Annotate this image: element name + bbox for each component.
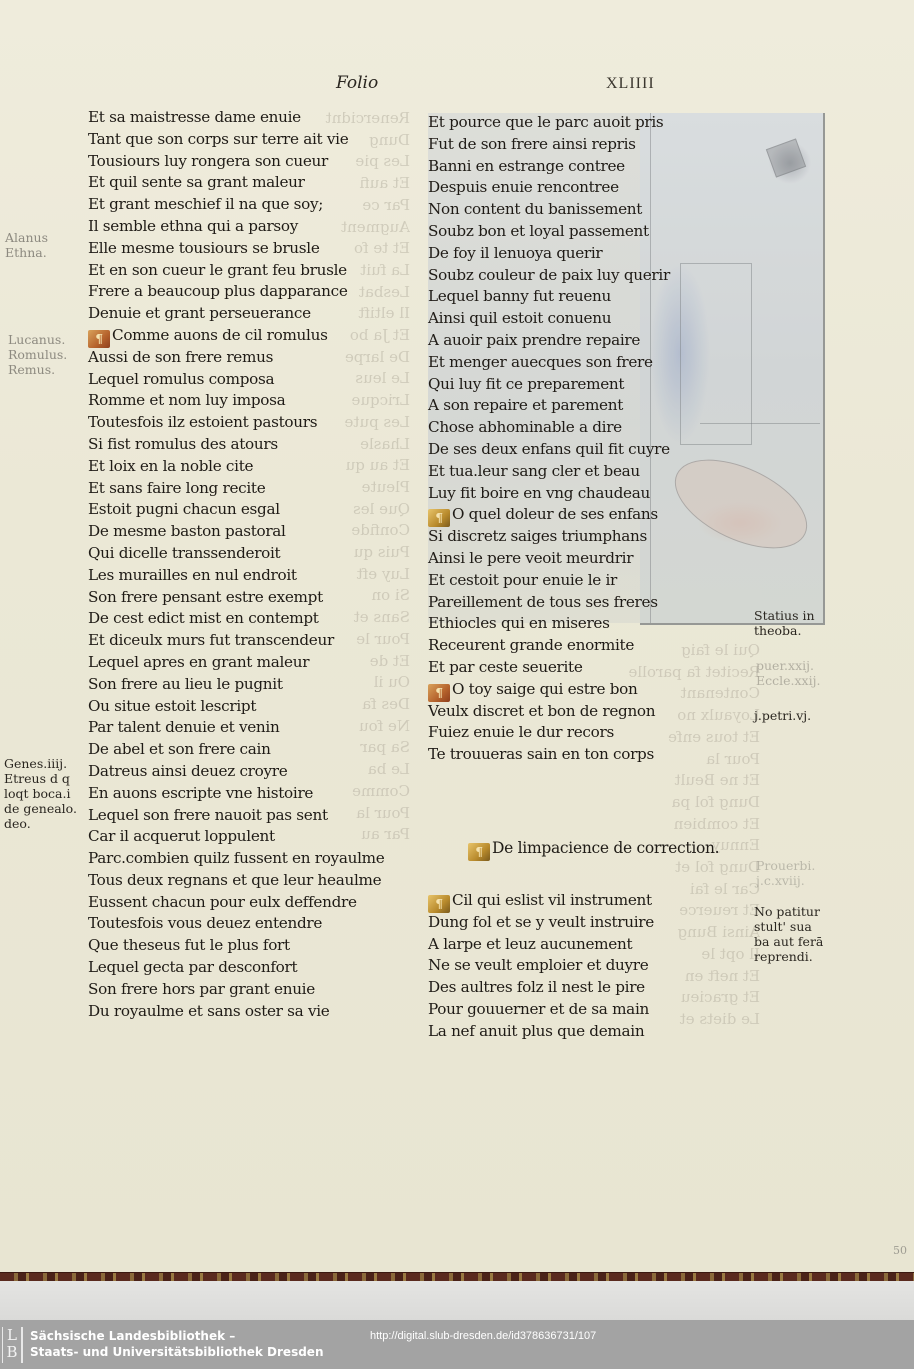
verse-line-with-initial: ¶Comme auons de cil romulus bbox=[88, 325, 384, 347]
illuminated-initial-icon: ¶ bbox=[468, 843, 490, 861]
verse-line: Estoit pugni chacun esgal bbox=[88, 499, 384, 521]
verse-line: Lequel gecta par desconfort bbox=[88, 957, 384, 979]
illuminated-initial-icon: ¶ bbox=[428, 684, 450, 702]
verse-line: Eussent chacun pour eulx deffendre bbox=[88, 892, 384, 914]
verse-line: Ainsi le pere veoit meurdrir bbox=[428, 548, 670, 570]
verse-line: Aussi de son frere remus bbox=[88, 347, 384, 369]
slub-logo-icon: L B bbox=[2, 1327, 23, 1363]
chapter-verse: ¶Cil qui eslist vil instrument Dung fol … bbox=[428, 890, 654, 1043]
verse-line: Son frere hors par grant enuie bbox=[88, 979, 384, 1001]
verse-line: Toutesfois vous deuez entendre bbox=[88, 913, 384, 935]
verse-line: Elle mesme tousiours se brusle bbox=[88, 238, 384, 260]
bleed-note-cxviij: j.c.xviij. bbox=[756, 873, 805, 888]
verse-line: Soubz bon et loyal passement bbox=[428, 221, 670, 243]
verse-line: Ainsi quil estoit conuenu bbox=[428, 308, 670, 330]
verse-line: Si discretz saiges triumphans bbox=[428, 526, 670, 548]
margin-note-alanus: Alanus Ethna. bbox=[5, 230, 48, 260]
verse-line: Chose abhominable a dire bbox=[428, 417, 670, 439]
library-footer: L B Sächsische Landesbibliothek – Staats… bbox=[0, 1320, 914, 1369]
verse-line: De ses deux enfans quil fit cuyre bbox=[428, 439, 670, 461]
margin-note-petri: j.petri.vj. bbox=[754, 708, 811, 723]
verse-line: Romme et nom luy imposa bbox=[88, 390, 384, 412]
verse-line: Et loix en la noble cite bbox=[88, 456, 384, 478]
margin-note-lucanus: Lucanus. Romulus. Remus. bbox=[8, 332, 67, 377]
verse-line: Lequel romulus composa bbox=[88, 369, 384, 391]
bleed-note-puer: puer.xxij. bbox=[756, 658, 814, 673]
verse-line-text: O quel doleur de ses enfans bbox=[452, 505, 658, 523]
folio-number: XLIIII bbox=[606, 75, 655, 93]
verse-line: La nef anuit plus que demain bbox=[428, 1021, 654, 1043]
verse-line: Il semble ethna qui a parsoy bbox=[88, 216, 384, 238]
verse-line: A auoir paix prendre repaire bbox=[428, 330, 670, 352]
verse-line: Dung fol et se y veult instruire bbox=[428, 912, 654, 934]
margin-note-statius: Statius in theoba. bbox=[754, 608, 815, 638]
verse-line: Qui luy fit ce preparement bbox=[428, 374, 670, 396]
verse-line: Tous deux regnans et que leur heaulme bbox=[88, 870, 384, 892]
verse-line: Tant que son corps sur terre ait vie bbox=[88, 129, 384, 151]
verse-line-with-initial: ¶Cil qui eslist vil instrument bbox=[428, 890, 654, 912]
verse-line-text: Cil qui eslist vil instrument bbox=[452, 891, 652, 909]
verse-line: Tousiours luy rongera son cueur bbox=[88, 151, 384, 173]
chapter-heading-text: De limpacience de correction. bbox=[492, 839, 719, 857]
verse-line-text: Comme auons de cil romulus bbox=[112, 326, 328, 344]
bleed-note-prouerbi: Prouerbi. bbox=[756, 858, 815, 873]
illuminated-initial-icon: ¶ bbox=[428, 895, 450, 913]
verse-line: Lequel banny fut reuenu bbox=[428, 286, 670, 308]
verse-line: Et en son cueur le grant feu brusle bbox=[88, 260, 384, 282]
verse-line: Les murailles en nul endroit bbox=[88, 565, 384, 587]
verse-line: Ou situe estoit lescript bbox=[88, 696, 384, 718]
right-column-verse: Et pource que le parc auoit pris Fut de … bbox=[428, 112, 670, 766]
verse-line: Et cestoit pour enuie le ir bbox=[428, 570, 670, 592]
verse-line: Fuiez enuie le dur recors bbox=[428, 722, 670, 744]
verse-line: Que theseus fut le plus fort bbox=[88, 935, 384, 957]
chapter-heading: ¶De limpacience de correction. bbox=[468, 839, 719, 861]
verse-line: Si fist romulus des atours bbox=[88, 434, 384, 456]
verse-line: Frere a beaucoup plus dapparance bbox=[88, 281, 384, 303]
verse-line: Receurent grande enormite bbox=[428, 635, 670, 657]
verse-line: Des aultres folz il nest le pire bbox=[428, 977, 654, 999]
verse-line: Pour gouuerner et de sa main bbox=[428, 999, 654, 1021]
verse-line: Et quil sente sa grant maleur bbox=[88, 172, 384, 194]
verse-line: Car il acquerut loppulent bbox=[88, 826, 384, 848]
illuminated-initial-icon: ¶ bbox=[88, 330, 110, 348]
institution-line-2: Staats- und Universitätsbibliothek Dresd… bbox=[30, 1344, 323, 1360]
verse-line: Lequel son frere nauoit pas sent bbox=[88, 805, 384, 827]
verse-line-with-initial: ¶O toy saige qui estre bon bbox=[428, 679, 670, 701]
left-column-verse: Et sa maistresse dame enuie Tant que son… bbox=[88, 107, 384, 1022]
verse-line: Pareillement de tous ses freres bbox=[428, 592, 670, 614]
verse-line: Luy fit boire en vng chaudeau bbox=[428, 483, 670, 505]
underlying-sheet bbox=[0, 1281, 914, 1321]
verse-line: Lequel apres en grant maleur bbox=[88, 652, 384, 674]
verse-line: De foy il lenuoya querir bbox=[428, 243, 670, 265]
permalink-url[interactable]: http://digital.slub-dresden.de/id3786367… bbox=[370, 1330, 596, 1342]
verse-line: Qui dicelle transsenderoit bbox=[88, 543, 384, 565]
institution-line-1: Sächsische Landesbibliothek – bbox=[30, 1328, 323, 1344]
verse-line: Ethiocles qui en miseres bbox=[428, 613, 670, 635]
illuminated-initial-icon: ¶ bbox=[428, 509, 450, 527]
verse-line: Par talent denuie et venin bbox=[88, 717, 384, 739]
verse-line: Non content du banissement bbox=[428, 199, 670, 221]
verse-line: Son frere pensant estre exempt bbox=[88, 587, 384, 609]
verse-line: Et diceulx murs fut transcendeur bbox=[88, 630, 384, 652]
folio-label: Folio bbox=[336, 73, 378, 93]
margin-note-genesis: Genes.iiij. Etreus d q loqt boca.i de ge… bbox=[4, 756, 77, 831]
verse-line: Datreus ainsi deuez croyre bbox=[88, 761, 384, 783]
verse-line: De cest edict mist en contempt bbox=[88, 608, 384, 630]
verse-line: A son repaire et parement bbox=[428, 395, 670, 417]
bleed-note-eccle: Eccle.xxij. bbox=[756, 673, 820, 688]
verse-line: Soubz couleur de paix luy querir bbox=[428, 265, 670, 287]
verse-line: Et sa maistresse dame enuie bbox=[88, 107, 384, 129]
verse-line: Et tua.leur sang cler et beau bbox=[428, 461, 670, 483]
verse-line: Et grant meschief il na que soy; bbox=[88, 194, 384, 216]
verse-line: Fut de son frere ainsi repris bbox=[428, 134, 670, 156]
verse-line: Du royaulme et sans oster sa vie bbox=[88, 1001, 384, 1023]
verse-line-with-initial: ¶O quel doleur de ses enfans bbox=[428, 504, 670, 526]
verse-line-text: O toy saige qui estre bon bbox=[452, 680, 637, 698]
institution-name: Sächsische Landesbibliothek – Staats- un… bbox=[30, 1328, 323, 1360]
verse-line: Veulx discret et bon de regnon bbox=[428, 701, 670, 723]
illustration-window-icon bbox=[766, 138, 806, 177]
verse-line: Son frere au lieu le pugnit bbox=[88, 674, 384, 696]
verse-line: Et pource que le parc auoit pris bbox=[428, 112, 670, 134]
verse-line: Despuis enuie rencontree bbox=[428, 177, 670, 199]
verse-line: En auons escripte vne histoire bbox=[88, 783, 384, 805]
margin-note-non-patitur: No patitur stult' sua ba aut ferā repren… bbox=[754, 904, 823, 964]
verse-line: De abel et son frere cain bbox=[88, 739, 384, 761]
verse-line: Et menger auecques son frere bbox=[428, 352, 670, 374]
verse-line: Et sans faire long recite bbox=[88, 478, 384, 500]
illustration-building-line bbox=[680, 263, 752, 445]
illustration-lute-icon bbox=[661, 441, 820, 566]
verse-line: Parc.combien quilz fussent en royaulme bbox=[88, 848, 384, 870]
verse-line: Banni en estrange contree bbox=[428, 156, 670, 178]
verse-line: A larpe et leuz aucunement bbox=[428, 934, 654, 956]
corner-mark: 50 bbox=[893, 1244, 907, 1257]
illustration-ground-line bbox=[700, 423, 820, 425]
verse-line: Te trouueras sain en ton corps bbox=[428, 744, 670, 766]
verse-line: Denuie et grant perseuerance bbox=[88, 303, 384, 325]
verse-line: Et par ceste seuerite bbox=[428, 657, 670, 679]
verse-line: Toutesfois ilz estoient pastours bbox=[88, 412, 384, 434]
verse-line: De mesme baston pastoral bbox=[88, 521, 384, 543]
verse-line: Ne se veult emploier et duyre bbox=[428, 955, 654, 977]
